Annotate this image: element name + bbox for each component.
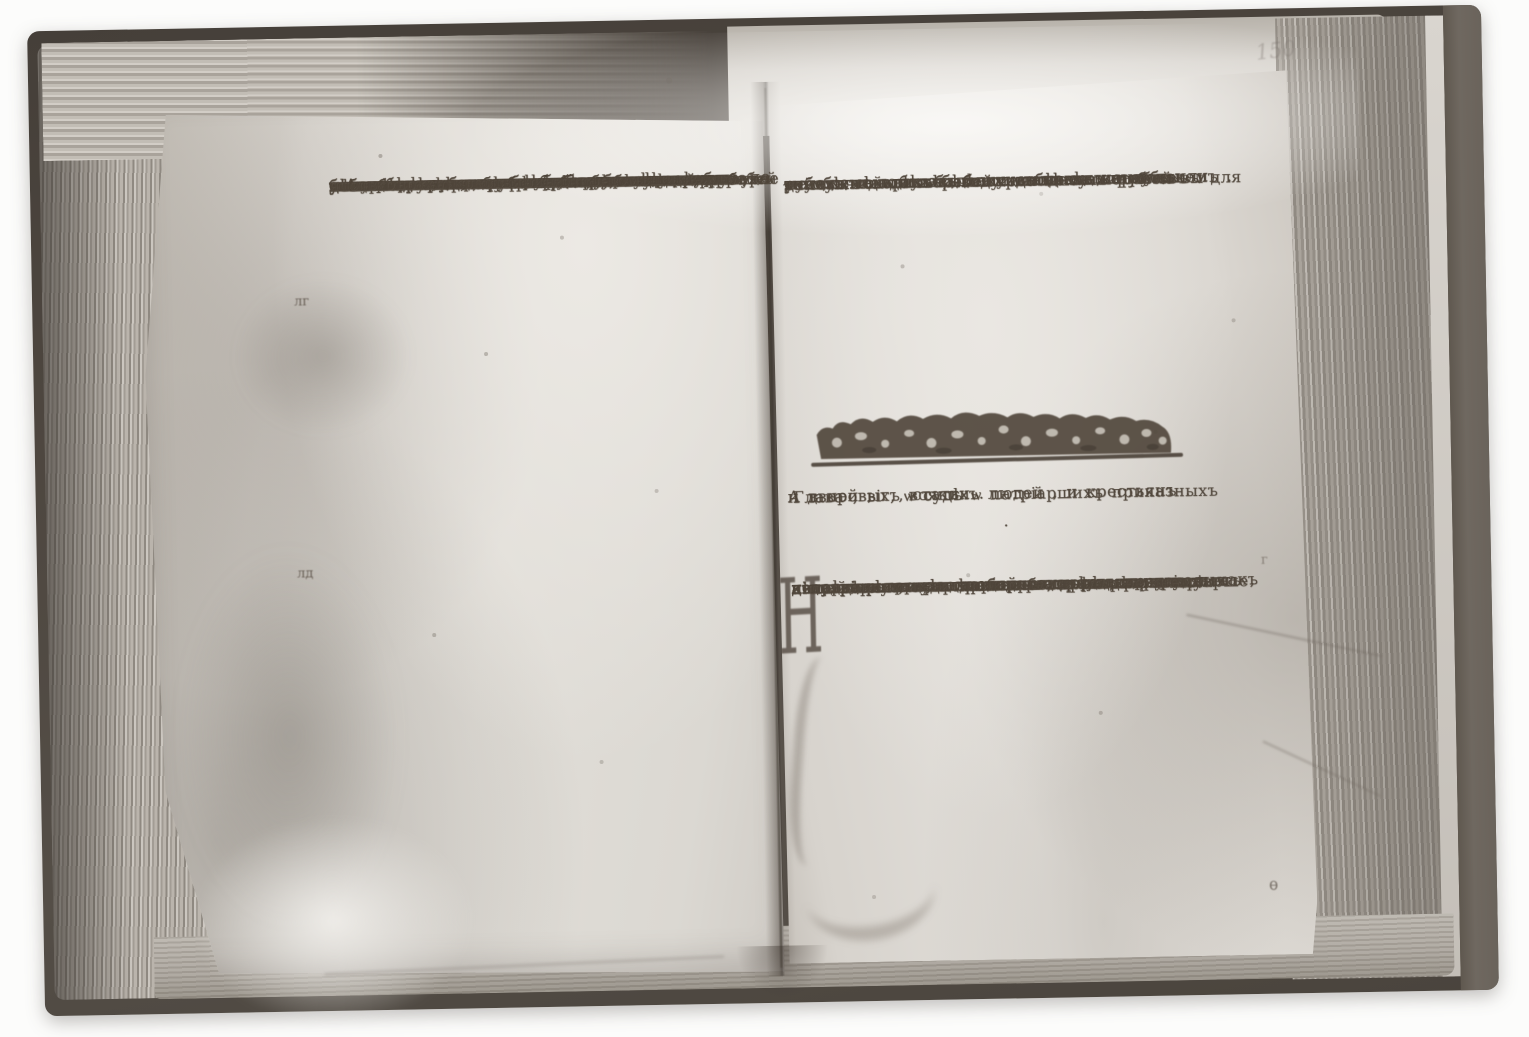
handwritten-page-number: 150 xyxy=(1254,36,1297,65)
foxing-specks xyxy=(27,31,29,33)
gutter-bottom-shadow xyxy=(732,945,833,1003)
foliate-headpiece-ornament xyxy=(810,403,1185,474)
text-line: А в ней , г , статьи . xyxy=(787,479,984,510)
book-photograph: и ничѣмъ ихъ себѣ не крѣпити . и какъѡт … xyxy=(0,0,1529,1037)
article-number-margin: лг xyxy=(294,294,309,309)
open-book: и ничѣмъ ихъ себѣ не крѣпити . и какъѡт … xyxy=(27,5,1499,1016)
quire-signature-mark: ѳ xyxy=(1269,875,1279,895)
article-number-margin: лд xyxy=(297,566,314,581)
photo-glare xyxy=(457,21,1361,247)
right-margin-mark: г xyxy=(1261,553,1268,568)
